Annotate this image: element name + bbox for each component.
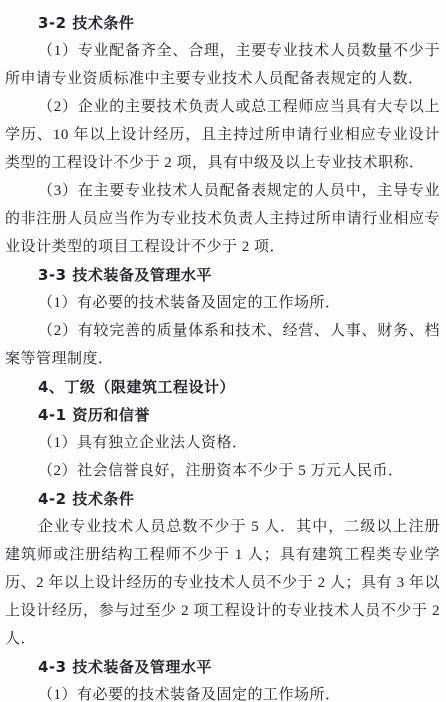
para-3-2-item-2: （2）企业的主要技术负责人或总工程师应当具有大专以上学历、10 年以上设计经历，…: [5, 93, 440, 177]
para-4-2-body: 企业专业技术人员总数不少于 5 人．其中，二级以上注册建筑师或注册结构工程师不少…: [5, 513, 440, 653]
section-heading-4-2: 4-2 技术条件: [5, 485, 440, 513]
para-3-3-item-2: （2）有较完善的质量体系和技术、经营、人事、财务、档案等管理制度．: [5, 317, 440, 373]
section-heading-4-1: 4-1 资历和信誉: [5, 401, 440, 429]
para-3-2-item-3: （3）在主要专业技术人员配备表规定的人员中，主导专业的非注册人员应当作为专业技术…: [5, 177, 440, 261]
document-page: 3-2 技术条件 （1）专业配备齐全、合理，主要专业技术人员数量不少于所申请专业…: [0, 0, 446, 702]
section-heading-4: 4、丁级（限建筑工程设计）: [5, 373, 440, 401]
para-4-1-item-2: （2）社会信誉良好，注册资本不少于 5 万元人民币．: [5, 457, 440, 485]
section-heading-4-3: 4-3 技术装备及管理水平: [5, 653, 440, 681]
para-4-1-item-1: （1）具有独立企业法人资格．: [5, 429, 440, 457]
section-heading-3-2: 3-2 技术条件: [5, 9, 440, 37]
para-3-3-item-1: （1）有必要的技术装备及固定的工作场所．: [5, 289, 440, 317]
para-4-3-item-1: （1）有必要的技术装备及固定的工作场所．: [5, 681, 440, 702]
section-heading-3-3: 3-3 技术装备及管理水平: [5, 261, 440, 289]
para-3-2-item-1: （1）专业配备齐全、合理，主要专业技术人员数量不少于所申请专业资质标准中主要专业…: [5, 37, 440, 93]
